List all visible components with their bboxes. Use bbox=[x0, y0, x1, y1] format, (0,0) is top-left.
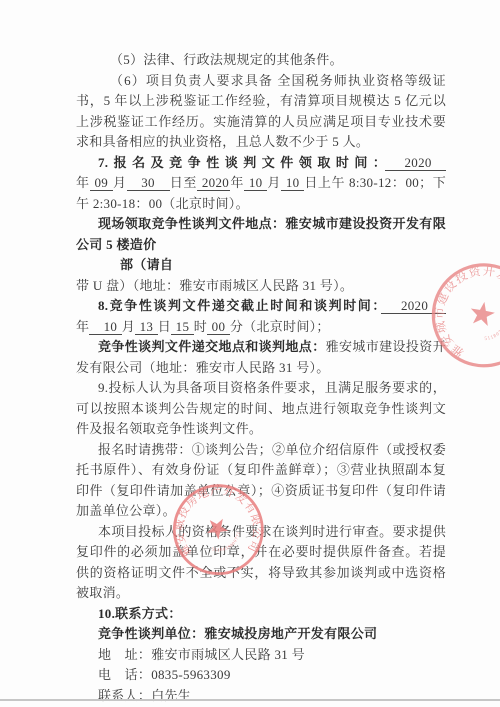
text-run: 本项目投标人的资格条件要求在谈判时进行审查。要求提供复印件的必须加盖单位印章，并… bbox=[76, 524, 446, 601]
sec-8-deadline: 8.竞争性谈判文件递交截止时间和谈判时间： 2020 年 10 月 13 日 1… bbox=[76, 296, 446, 337]
sec-10-contact: 10.联系方式： bbox=[76, 604, 446, 625]
sec-7-place-2: 部（请自 bbox=[76, 255, 446, 276]
text-run: 时 bbox=[194, 319, 207, 334]
text-run: 年 bbox=[230, 175, 244, 190]
text-run: 2020 bbox=[381, 298, 447, 314]
text-run: 报名时请携带：①谈判公告；②单位介绍信原件（或授权委托书原件）、有效身份证（复印… bbox=[76, 442, 446, 519]
text-run: 部（请自 bbox=[120, 257, 173, 272]
text-run: 10 bbox=[244, 175, 267, 191]
text-run: 09 bbox=[90, 175, 113, 191]
star-icon bbox=[465, 298, 497, 330]
sec-8-place: 竞争性谈判文件递交地点和谈判地点：雅安城市建设投资开发有限公司（地址：雅安市人民… bbox=[76, 337, 446, 378]
text-run: 电 话：0835-5963309 bbox=[98, 667, 231, 682]
sec-7-time: 7.报名及竞争性谈判文件领取时间： 2020 年 09 月 30 日至 2020… bbox=[76, 153, 446, 215]
document-body: （5）法律、行政法规规定的其他条件。（6）项目负责人要求具备 全国税务师执业资格… bbox=[76, 50, 446, 706]
text-run: 00 bbox=[207, 319, 230, 335]
svg-text:5118039800771: 5118039800771 bbox=[482, 304, 500, 348]
sec-7-place-3: 带 U 盘）（地址：雅安市雨城区人民路 31 号）。 bbox=[76, 276, 446, 297]
item-5: （5）法律、行政法规规定的其他条件。 bbox=[76, 50, 446, 71]
text-run: 分（北京时间）； bbox=[230, 319, 330, 334]
text-run: 7.报名及竞争性谈判文件领取时间： bbox=[98, 155, 385, 170]
contact-phone: 电 话：0835-5963309 bbox=[76, 665, 446, 686]
text-run: 竞争性谈判文件递交地点和谈判地点： bbox=[98, 339, 326, 354]
scanned-document-page: （5）法律、行政法规规定的其他条件。（6）项目负责人要求具备 全国税务师执业资格… bbox=[0, 0, 500, 707]
text-run: 10 bbox=[281, 175, 304, 191]
seal-serial-text: 5118039800771 bbox=[482, 304, 500, 348]
text-run: 月 bbox=[113, 175, 127, 190]
text-run: 2020 bbox=[385, 155, 446, 171]
text-run: 月 bbox=[267, 175, 281, 190]
text-run: 带 U 盘）（地址：雅安市雨城区人民路 31 号）。 bbox=[76, 278, 353, 293]
text-run: （5）法律、行政法规规定的其他条件。 bbox=[110, 52, 343, 67]
text-run: 10.联系方式： bbox=[98, 606, 182, 621]
text-run: 15 bbox=[171, 319, 194, 335]
sec-9: 9.投标人认为具备项目资格条件要求，且满足服务要求的，可以按照本谈判公告规定的时… bbox=[76, 378, 446, 440]
contact-person: 联系人：白先生 bbox=[76, 686, 446, 707]
text-run: 地 址：雅安市雨城区人民路 31 号 bbox=[98, 647, 305, 662]
contact-unit: 竞争性谈判单位：雅安城投房地产开发有限公司 bbox=[76, 624, 446, 645]
text-run: 现场领取竞争性谈判文件地点：雅安城市建设投资开发有限公司 5 楼造价 bbox=[76, 216, 446, 252]
text-run: 年 bbox=[76, 319, 89, 334]
item-6: （6）项目负责人要求具备 全国税务师执业资格等级证书，5 年以上涉税鉴证工作经验… bbox=[76, 71, 446, 153]
text-run: 8.竞争性谈判文件递交截止时间和谈判时间： bbox=[98, 298, 381, 313]
contact-address: 地 址：雅安市雨城区人民路 31 号 bbox=[76, 645, 446, 666]
text-run: 月 bbox=[122, 319, 135, 334]
sec-9-review: 本项目投标人的资格条件要求在谈判时进行审查。要求提供复印件的必须加盖单位印章，并… bbox=[76, 522, 446, 604]
text-run: 年 bbox=[76, 175, 90, 190]
text-run: （6）项目负责人要求具备 全国税务师执业资格等级证书，5 年以上涉税鉴证工作经验… bbox=[76, 73, 446, 150]
sec-9-bring: 报名时请携带：①谈判公告；②单位介绍信原件（或授权委托书原件）、有效身份证（复印… bbox=[76, 440, 446, 522]
text-run: 10 bbox=[89, 319, 121, 335]
text-run: 日 bbox=[158, 319, 171, 334]
text-run: 13 bbox=[135, 319, 158, 335]
text-run: 30 bbox=[127, 175, 170, 191]
text-run: 竞争性谈判单位：雅安城投房地产开发有限公司 bbox=[98, 626, 377, 641]
text-run: 日至 bbox=[170, 175, 197, 190]
text-run: 2020 bbox=[197, 175, 230, 191]
text-run: 9.投标人认为具备项目资格条件要求，且满足服务要求的，可以按照本谈判公告规定的时… bbox=[76, 380, 446, 436]
sec-7-place-1: 现场领取竞争性谈判文件地点：雅安城市建设投资开发有限公司 5 楼造价 bbox=[76, 214, 446, 255]
scan-edge-shadow bbox=[0, 699, 500, 701]
